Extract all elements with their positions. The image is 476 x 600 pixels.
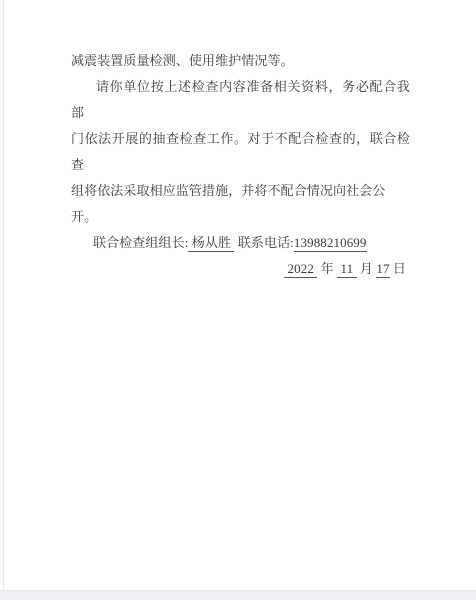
date-month-unit: 月 <box>357 261 377 276</box>
inspection-leader-name: 杨从胜 <box>188 235 234 252</box>
contact-phone-number: 13988210699 <box>294 235 367 252</box>
paragraph-continuation-line: 减震装置质量检测、使用维护情况等。 <box>71 48 410 74</box>
body-text-line-3: 组将依法采取相应监管措施，并将不配合情况向社会公开。 <box>71 178 410 230</box>
date-day-value: 17 <box>376 261 389 278</box>
scan-page-left-edge <box>3 0 4 591</box>
body-text-line-1: 请你单位按上述检查内容准备相关资料，务必配合我部 <box>71 74 410 126</box>
date-year-unit: 年 <box>317 261 337 276</box>
inspection-leader-contact-line: 联合检查组组长: 杨从胜 联系电话:13988210699 <box>71 230 410 256</box>
document-date-line: 2022 年 11 月 17 日 <box>71 256 410 282</box>
body-text-line-2: 门依法开展的抽查检查工作。对于不配合检查的，联合检查 <box>71 126 410 178</box>
date-month-value: 11 <box>337 261 356 278</box>
inspection-leader-label: 联合检查组组长: <box>93 235 188 250</box>
date-year-value: 2022 <box>284 261 317 278</box>
document-body: 减震装置质量检测、使用维护情况等。 请你单位按上述检查内容准备相关资料，务必配合… <box>71 48 410 282</box>
contact-phone-label: 联系电话: <box>234 235 293 250</box>
scan-page-bottom-edge <box>0 590 476 600</box>
date-day-unit: 日 <box>390 261 406 276</box>
document-page: 减震装置质量检测、使用维护情况等。 请你单位按上述检查内容准备相关资料，务必配合… <box>0 0 476 600</box>
